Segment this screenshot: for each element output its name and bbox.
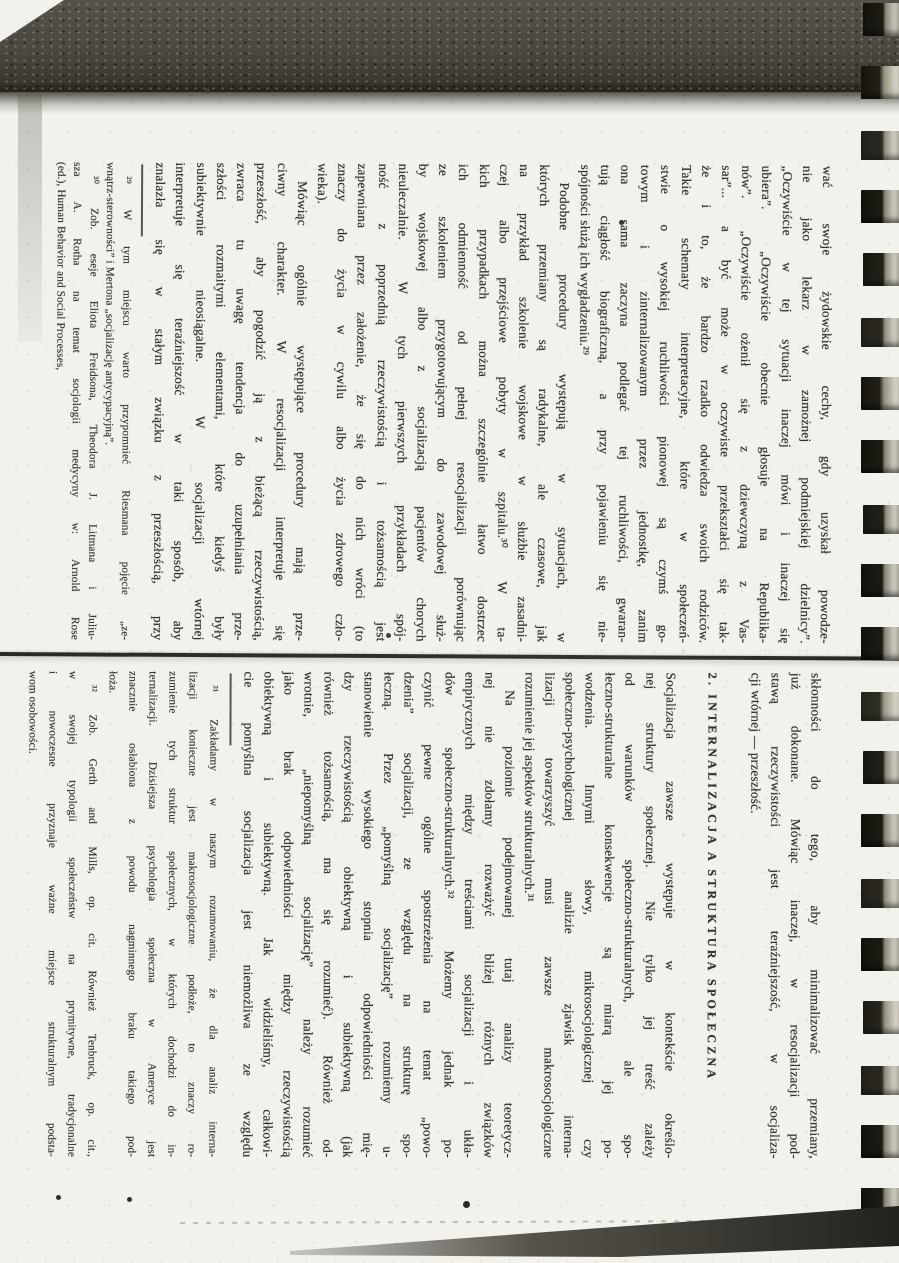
binding-mark <box>861 814 899 847</box>
text-line: „Oczywiście w tej sytuacji inaczej mówi … <box>774 166 797 644</box>
binding-mark <box>861 1125 899 1158</box>
book-page-right: skłonności do tego, aby minimalizować pr… <box>48 659 855 1171</box>
binding-mark <box>861 66 899 99</box>
text-line: ternalizacji. Dzisiejsza psychologia spo… <box>142 671 163 1157</box>
scanned-book-spread: wać swoje żydowskie cechy, gdy uzyskał p… <box>0 0 899 1263</box>
text-line: subiektywnie nieosiągalne. W socjalizacj… <box>188 163 211 641</box>
binding-mark <box>861 190 899 223</box>
text-line: i nowoczesne przyznaje ważne miejsce str… <box>41 671 62 1157</box>
text-line: łeczno-strukturalne konsekwencje są miar… <box>599 672 620 1158</box>
text-line: wom osobowości. <box>21 671 42 1157</box>
text-line: interpretuje się teraźniejszość w taki s… <box>168 162 191 640</box>
binding-mark <box>863 1001 899 1034</box>
page-body: wać swoje żydowskie cechy, gdy uzyskał p… <box>46 148 879 648</box>
text-line: Socjalizacja zawsze występuje w kontekśc… <box>659 673 680 1159</box>
text-line: czej albo przejściowe pobyty w szpitalu.… <box>491 164 514 642</box>
text-line: Na poziomie podejmowanej tutaj analizy t… <box>498 672 519 1158</box>
text-line: jako brak odpowiedniości między rzeczywi… <box>277 672 298 1158</box>
text-line: znalazła się w stałym związku z przeszło… <box>148 162 171 640</box>
text-line: cji wtórnej — przeszłość. <box>744 673 765 1159</box>
text-line: kich przypadkach można szczególnie łatwo… <box>471 164 494 642</box>
text-line: nej struktury społecznej. Nie tylko jej … <box>639 672 660 1158</box>
text-line: Podobne procedury występują w sytuacjach… <box>552 164 575 642</box>
scan-smudge <box>18 92 42 342</box>
text-line: skłonności do tego, aby minimalizować pr… <box>804 673 825 1159</box>
page-249-intro-block: skłonności do tego, aby minimalizować pr… <box>744 673 826 1159</box>
page-249-text-block: Socjalizacja zawsze występuje w kontekśc… <box>237 671 680 1158</box>
binding-mark <box>861 318 899 347</box>
text-line: Mówiąc ogólnie występujące procedury maj… <box>289 163 312 641</box>
section-heading: 2. INTERNALIZACJA A STRUKTURA SPOŁECZNA <box>703 673 719 1159</box>
text-line: ze szkoleniem przygotowującym do zawodow… <box>431 164 454 642</box>
text-line: zwraca tu uwagę tendencja do uzupełniani… <box>229 163 252 641</box>
book-page-left: wać swoje żydowskie cechy, gdy uzyskał p… <box>46 148 879 648</box>
page-body: skłonności do tego, aby minimalizować pr… <box>48 659 855 1171</box>
text-line: zapewniana przez założenie, że się do ni… <box>350 163 373 641</box>
text-line: na przykład szkolenie wojskowe w służbie… <box>511 164 534 642</box>
text-line: by wojskowej albo z socjalizacją pacjent… <box>410 164 433 642</box>
text-line: sar”... a być może w oczywiste przekszta… <box>714 165 737 643</box>
binding-mark <box>861 879 899 908</box>
binding-marks <box>855 3 899 1259</box>
text-line: łeczną. Przez „pomyślną socjalizację” ro… <box>378 672 399 1158</box>
text-line: przeszłość, aby pogodzić ją z bieżącą rz… <box>249 163 272 641</box>
binding-mark <box>863 505 899 534</box>
text-line: stwie o wysokiej ruchliwości pionowej są… <box>653 165 676 643</box>
text-line: już dokonane. Mówiąc inaczej, w resocjal… <box>784 673 805 1159</box>
text-line: szłości rozmaitymi elementami, które kie… <box>208 163 231 641</box>
text-line: tują ciągłość biograficzną, a przy pojaw… <box>592 165 615 643</box>
text-line: również tożsamością, ma się rozumieć). R… <box>317 672 338 1158</box>
page-248-footnote-block: ²⁹ W tym miejscu warto przypomnieć Riesm… <box>50 162 135 640</box>
page-249-footnote-block: ³¹ Zakładamy w naszym rozumowaniu, że dl… <box>21 671 223 1158</box>
text-line: nie jako lekarz w zamożnej podmiejskiej … <box>794 166 817 644</box>
binding-mark <box>861 440 899 473</box>
text-line: znaczy do życia w cywilu albo życia zdro… <box>330 163 353 641</box>
text-line: ność z poprzednią rzeczywistością i tożs… <box>370 164 393 642</box>
scan-noise-dots <box>56 1195 61 1200</box>
text-line: ³⁰ Zob. eseje Eliota Freidsona, Theodora… <box>83 162 102 640</box>
text-line: ³² Zob. Gerth and Mills, op. cit. Równie… <box>81 671 102 1157</box>
page-248-text-block: wać swoje żydowskie cechy, gdy uzyskał p… <box>148 162 837 644</box>
text-line: towym i zinternalizowanym przez jednostk… <box>633 165 656 643</box>
text-line: ³¹ Zakładamy w naszym rozumowaniu, że dl… <box>202 671 223 1157</box>
text-line: ciwny charakter. W resocjalizacji interp… <box>269 163 292 641</box>
text-line: spójności służą ich wygładzeniu.²⁹ <box>572 165 595 643</box>
scanner-dark-band <box>0 0 899 92</box>
text-line: czynić pewne ogólne spostrzeżenia na tem… <box>418 672 439 1158</box>
text-line: że i to, że bardzo rzadko odwiedza swoic… <box>693 165 716 643</box>
footnote-separator <box>229 673 231 745</box>
binding-mark <box>863 253 899 286</box>
text-line: dów społeczno-strukturalnych.³² Możemy j… <box>438 672 459 1158</box>
text-line: od warunków społeczno-strukturalnych, al… <box>619 672 640 1158</box>
text-line: wieka). <box>309 163 332 641</box>
text-line: wrotnie, „niepomyślną socjalizację” nale… <box>297 672 318 1158</box>
text-line: dzy rzeczywistością obiektywną i subiekt… <box>337 672 358 1158</box>
text-line: Takie schematy interpretacyjne, które w … <box>673 165 696 643</box>
text-line: dzenia” socjalizacji, ze względu na stru… <box>398 672 419 1158</box>
text-line: ona sama zaczyna podlegać tej ruchliwośc… <box>612 165 635 643</box>
text-line: stanowienie wysokiego stopnia odpowiedni… <box>357 672 378 1158</box>
text-line: ubiera”. „Oczywiście obecnie głosuje na … <box>754 166 777 644</box>
scanner-band-fade <box>0 92 899 114</box>
page-edge-dotted-shadow <box>180 1220 740 1224</box>
text-line: wać swoje żydowskie cechy, gdy uzyskał p… <box>815 166 838 644</box>
text-line: ²⁹ W tym miejscu warto przypomnieć Riesm… <box>116 162 135 640</box>
text-line: cie pomyślna socjalizacja jest niemożliw… <box>237 671 258 1157</box>
text-line: lizacji towarzyszyć musi zawsze makrosoc… <box>538 672 559 1158</box>
text-line: empirycznych między treściami socjalizac… <box>458 672 479 1158</box>
text-line: których przemiany są radykalne, ale czas… <box>532 164 555 642</box>
binding-mark <box>861 938 899 971</box>
text-line: społeczno-psychologicznej analizie zjawi… <box>558 672 579 1158</box>
binding-mark <box>861 627 899 660</box>
binding-mark <box>863 3 899 36</box>
text-line: stawą rzeczywistości jest teraźniejszość… <box>764 673 785 1159</box>
text-line: wodzenia. Innymi słowy, mikrosocjologicz… <box>579 672 600 1158</box>
text-line: ich odmienność od pełnej resocjalizacji … <box>451 164 474 642</box>
binding-mark <box>863 751 899 784</box>
text-line: sza A. Rotha na temat socjologii medycyn… <box>66 162 85 640</box>
binding-mark <box>861 377 899 410</box>
text-line: nej nie zdołamy rozważyć bliżej różnych … <box>478 672 499 1158</box>
binding-mark <box>861 692 899 721</box>
text-line: lizacji konieczne jest makrosocjologiczn… <box>182 671 203 1157</box>
footnote-separator <box>141 164 143 236</box>
page-bottom-shadow <box>290 1200 899 1263</box>
binding-mark <box>861 564 899 597</box>
text-line: zumienie tych struktur społecznych, w kt… <box>162 671 183 1157</box>
text-line: nieuleczalnie. W tych pierwszych przykła… <box>390 164 413 642</box>
text-line: znacznie osłabiona z powodu nagminnego b… <box>121 671 142 1157</box>
text-line: (ed.), Human Behavior and Social Process… <box>50 162 69 640</box>
binding-mark <box>861 1066 899 1095</box>
text-line: rozumienie jej aspektów strukturalnych.³… <box>518 672 539 1158</box>
text-line: łoża. <box>101 671 122 1157</box>
text-line: obiektywną i subiektywną. Jak widzieliśm… <box>257 671 278 1157</box>
binding-mark <box>861 131 899 160</box>
text-line: nów”. „Oczywiście ożenił się z dziewczyn… <box>734 165 757 643</box>
text-line: w swojej typologii społeczeństw na prymi… <box>61 671 82 1157</box>
